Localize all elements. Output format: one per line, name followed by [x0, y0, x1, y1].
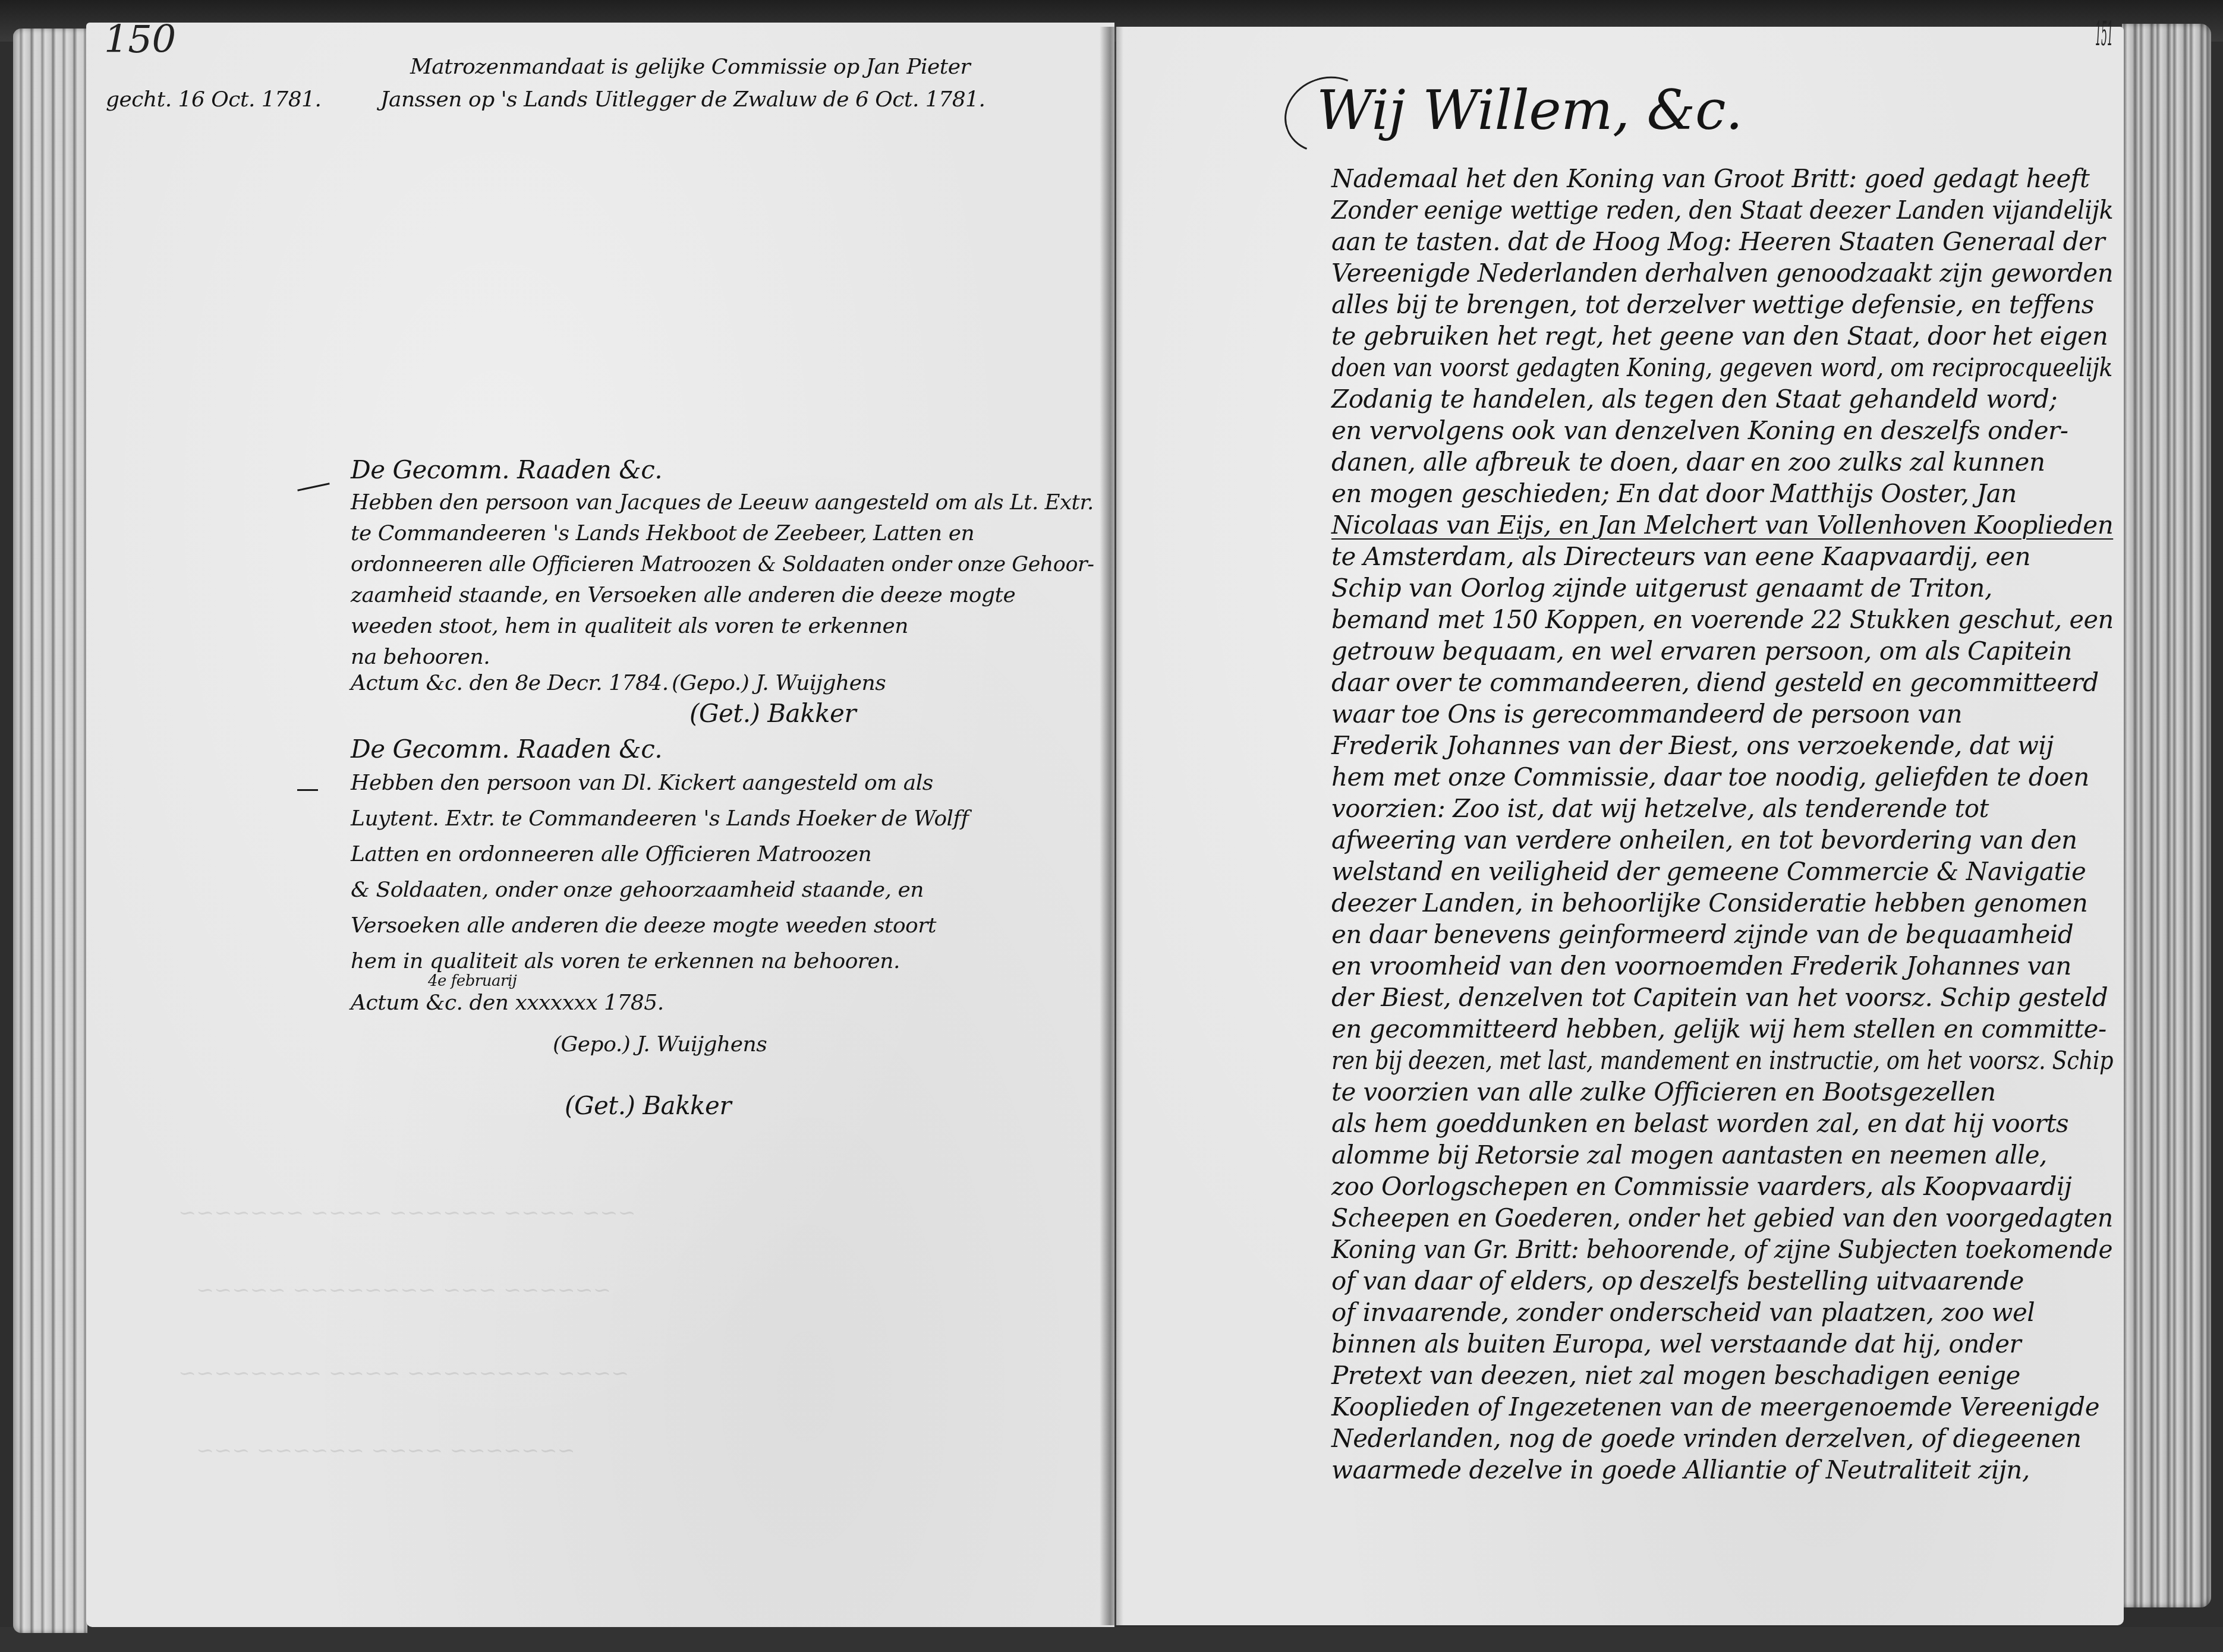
body-line: te voorzien van alle zulke Officieren en… [1331, 1080, 1996, 1105]
body-line: Zonder eenige wettige reden, den Staat d… [1331, 198, 2113, 223]
body-line: daar over te commandeeren, diend gesteld… [1331, 670, 2099, 695]
body-line: Vereenigde Nederlanden derhalven genoodz… [1331, 261, 2113, 286]
body-line: als hem goeddunken en belast worden zal,… [1331, 1111, 2068, 1136]
body-line: welstand en veiligheid der gemeene Comme… [1331, 859, 2086, 884]
header-note-line: Matrozenmandaat is gelijke Commissie op … [410, 56, 970, 78]
entry-line: hem in qualiteit als voren te erkennen n… [351, 951, 900, 972]
body-line: deezer Landen, in behoorlijke Considerat… [1331, 891, 2087, 916]
body-line: zoo Oorlogschepen en Commissie vaarders,… [1331, 1174, 2071, 1199]
date-correction-insert: 4e februarij [428, 973, 517, 989]
body-line: afweering van verdere onheilen, en tot b… [1331, 828, 2077, 853]
body-line: voorzien: Zoo ist, dat wij hetzelve, als… [1331, 796, 1989, 821]
entry-line: na behooren. [351, 647, 490, 668]
entry-line: zaamheid staande, en Versoeken alle ande… [351, 585, 1015, 606]
body-line: en mogen geschieden; En dat door Matthij… [1331, 481, 2017, 506]
page-number-left: 150 [104, 21, 176, 59]
body-line: Koning van Gr. Britt: behoorende, of zij… [1331, 1237, 2112, 1262]
entry-line: & Soldaaten, onder onze gehoorzaamheid s… [351, 879, 924, 901]
body-line: getrouw bequaam, en wel ervaren persoon,… [1331, 639, 2072, 664]
bleed-through-text: ~~~~~~~ ~~~~ ~~~~~~ ~~~ [196, 1438, 575, 1462]
margin-dash-mark [297, 789, 318, 791]
entry-line: Hebben den persoon van Dl. Kickert aange… [351, 773, 933, 794]
body-line: Kooplieden of Ingezetenen van de meergen… [1331, 1395, 2099, 1420]
body-line: en gecommitteerd hebben, gelijk wij hem … [1331, 1017, 2107, 1042]
bleed-through-text: ~~~~~~ ~~~ ~~~~~~~~ ~~~~~ [196, 1278, 611, 1302]
signature-get: (Get.) Bakker [565, 1093, 731, 1118]
body-line-underlined: Nicolaas van Eijs, en Jan Melchert van V… [1331, 513, 2113, 538]
bleed-through-text: ~~~~ ~~~~~~~~ ~~~~ ~~~~~~~~ [178, 1361, 629, 1385]
body-line: Nederlanden, nog de goede vrinden derzel… [1331, 1426, 2082, 1451]
entry-line: Versoeken alle anderen die deeze mogte w… [351, 915, 936, 937]
signature-gepo: (Gepo.) J. Wuijghens [553, 1034, 767, 1055]
body-line: danen, alle afbreuk te doen, daar en zoo… [1331, 450, 2045, 475]
bleed-through-text: ~~~ ~~~~ ~~~~~~ ~~~~ ~~~~~~~ [178, 1200, 636, 1225]
entry-line: te Commandeeren 's Lands Hekboot de Zeeb… [351, 523, 974, 544]
header-note-line: Janssen op 's Lands Uitlegger de Zwaluw … [380, 89, 985, 111]
body-line: Nademaal het den Koning van Groot Britt:… [1331, 166, 2089, 191]
body-line: en daar benevens geinformeerd zijnde van… [1331, 922, 2073, 947]
body-line: alomme bij Retorsie zal mogen aantasten … [1331, 1143, 2047, 1168]
page-number-right: 151 [2095, 18, 2113, 51]
entry-line: Hebben den persoon van Jacques de Leeuw … [351, 492, 1094, 513]
proclamation-title: Wij Willem, &c. [1317, 83, 1743, 138]
body-line: waarmede dezelve in goede Alliantie of N… [1331, 1458, 2030, 1483]
body-line: Pretext van deezen, niet zal mogen besch… [1331, 1363, 2020, 1388]
body-line: der Biest, denzelven tot Capitein van he… [1331, 985, 2108, 1010]
entry-actum: Actum &c. den xxxxxxx 1785. [351, 992, 664, 1014]
body-line: binnen als buiten Europa, wel verstaande… [1331, 1332, 2021, 1357]
body-line: te Amsterdam, als Directeurs van eene Ka… [1331, 544, 2030, 569]
body-line: waar toe Ons is gerecommandeerd de perso… [1331, 702, 1962, 727]
body-line: Scheepen en Goederen, onder het gebied v… [1331, 1206, 2113, 1231]
left-page-stack-edges [13, 29, 87, 1633]
body-line: te gebruiken het regt, het geene van den… [1331, 324, 2108, 349]
entry-line: weeden stoot, hem in qualiteit als voren… [351, 616, 908, 637]
entry-line: ordonneeren alle Officieren Matroozen & … [351, 554, 1094, 575]
header-note-margin: gecht. 16 Oct. 1781. [106, 89, 321, 111]
entry-line: Luytent. Extr. te Commandeeren 's Lands … [351, 808, 968, 830]
dark-background-bottom [0, 1627, 2223, 1652]
right-page-stack-edges [2122, 24, 2211, 1607]
body-line: ren bij deezen, met last, mandement en i… [1331, 1048, 2113, 1073]
body-line: alles bij te brengen, tot derzelver wett… [1331, 292, 2094, 317]
body-line: doen van voorst gedagten Koning, gegeven… [1331, 355, 2112, 380]
body-line: of invaarende, zonder onderscheid van pl… [1331, 1300, 2035, 1325]
signature-get: (Get.) Bakker [689, 701, 856, 726]
body-line: aan te tasten. dat de Hoog Mog: Heeren S… [1331, 229, 2105, 254]
body-line: en vroomheid van den voornoemden Frederi… [1331, 954, 2071, 979]
body-line: Frederik Johannes van der Biest, ons ver… [1331, 733, 2054, 758]
book-gutter [1100, 27, 1123, 1625]
entry-actum: Actum &c. den 8e Decr. 1784. [351, 673, 669, 694]
body-line: of van daar of elders, op deszelfs beste… [1331, 1269, 2024, 1294]
body-line: Zodanig te handelen, als tegen den Staat… [1331, 387, 2057, 412]
body-line: en vervolgens ook van denzelven Koning e… [1331, 418, 2068, 443]
body-line: Schip van Oorlog zijnde uitgerust genaam… [1331, 576, 1992, 601]
signature-gepo: (Gepo.) J. Wuijghens [672, 673, 886, 694]
body-line: bemand met 150 Koppen, en voerende 22 St… [1331, 607, 2114, 632]
body-line: hem met onze Commissie, daar toe noodig,… [1331, 765, 2089, 790]
entry-heading: De Gecomm. Raaden &c. [351, 737, 662, 762]
entry-line: Latten en ordonneeren alle Officieren Ma… [351, 844, 871, 865]
entry-heading: De Gecomm. Raaden &c. [351, 458, 662, 483]
